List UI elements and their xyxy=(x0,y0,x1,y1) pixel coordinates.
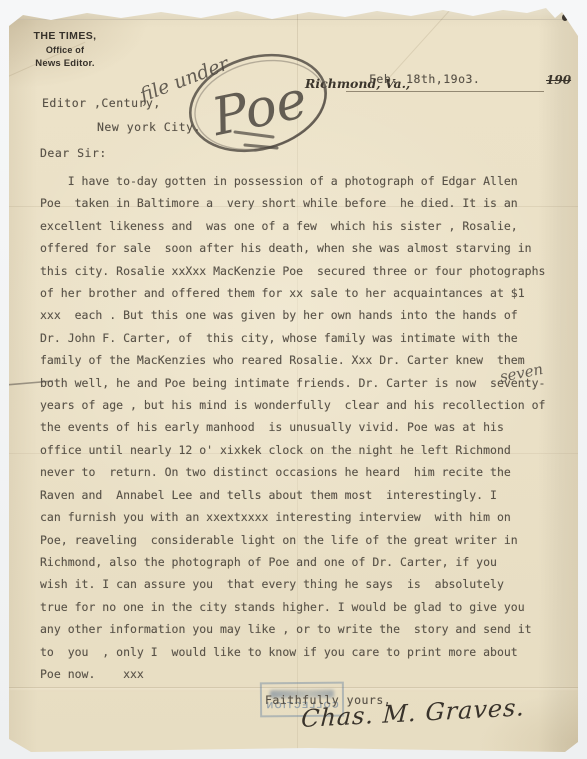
letter-body: I have to-day gotten in possession of a … xyxy=(40,170,566,685)
typed-line: both well, he and Poe being intimate fri… xyxy=(40,372,566,394)
letter-paper: THE TIMES, Office of News Editor. Richmo… xyxy=(9,6,578,752)
typed-line: Raven and Annabel Lee and tells about th… xyxy=(40,484,566,506)
typed-line: family of the MacKenzies who reared Rosa… xyxy=(40,349,566,371)
typed-date: Feb. 18th,19o3. xyxy=(369,72,480,86)
typed-line: offered for sale soon after his death, w… xyxy=(40,237,566,259)
recipient-city: New york City. xyxy=(97,120,201,134)
typed-line: office until nearly 12 o' xixkek clock o… xyxy=(40,439,566,461)
typed-line: wish it. I can assure you that every thi… xyxy=(40,573,566,595)
typed-line: any other information you may like , or … xyxy=(40,618,566,640)
date-rule xyxy=(346,91,544,92)
letterhead-title: THE TIMES, xyxy=(21,30,109,42)
salutation: Dear Sir: xyxy=(40,146,107,160)
typed-line: Poe taken in Baltimore a very short whil… xyxy=(40,192,566,214)
typed-line: never to return. On two distinct occasio… xyxy=(40,461,566,483)
poe-annotation: Poe xyxy=(206,70,312,149)
typed-line: years of age , but his mind is wonderful… xyxy=(40,394,566,416)
typed-line: true for no one in the city stands highe… xyxy=(40,596,566,618)
typed-line: Richmond, also the photograph of Poe and… xyxy=(40,551,566,573)
typed-line: to you , only I would like to know if yo… xyxy=(40,641,566,663)
letterhead-editor: News Editor. xyxy=(21,58,109,69)
typed-line: this city. Rosalie xxXxx MacKenzie Poe s… xyxy=(40,260,566,282)
poe-underline xyxy=(235,132,277,148)
poe-circle-overdraw xyxy=(186,48,334,161)
top-fold-crease xyxy=(9,6,578,20)
typed-line: Poe, reaveling considerable light on the… xyxy=(40,529,566,551)
typed-line: can furnish you with an xxextxxxx intere… xyxy=(40,506,566,528)
typed-line: the events of his early manhood is unusu… xyxy=(40,416,566,438)
scan-background: THE TIMES, Office of News Editor. Richmo… xyxy=(0,0,587,759)
typed-line: xxx each . But this one was given by her… xyxy=(40,304,566,326)
printed-year-struck: 190 xyxy=(546,73,571,87)
letterhead-office: Office of xyxy=(21,45,109,55)
letterhead: THE TIMES, Office of News Editor. xyxy=(21,30,109,69)
recipient-line: Editor ,Century, xyxy=(42,96,161,110)
typed-line: excellent likeness and was one of a few … xyxy=(40,215,566,237)
pin-hole xyxy=(562,14,568,21)
typed-line: Dr. John F. Carter, of this city, whose … xyxy=(40,327,566,349)
typed-line: I have to-day gotten in possession of a … xyxy=(40,170,566,192)
typed-line: of her brother and offered them for xx s… xyxy=(40,282,566,304)
corner-crease xyxy=(384,0,472,83)
poe-circle xyxy=(179,41,336,166)
